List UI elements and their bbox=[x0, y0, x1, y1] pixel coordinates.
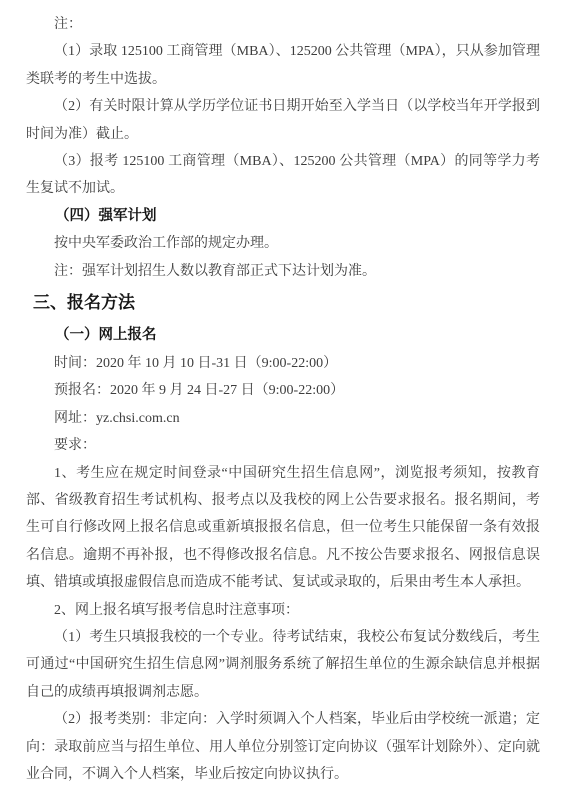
para-requirement-1: 1、考生应在规定时间登录“中国研究生招生信息网”，浏览报考须知，按教育部、省级教… bbox=[26, 460, 540, 597]
note-item-1: （1）录取 125100 工商管理（MBA）、125200 公共管理（MPA），… bbox=[26, 38, 540, 93]
para-attention-item-2: （2）报考类别：非定向：入学时须调入个人档案，毕业后由学校统一派遣；定向：录取前… bbox=[26, 706, 540, 788]
para-requirement-2: 2、网上报名填写报考信息时注意事项： bbox=[26, 597, 540, 624]
heading-qiangjun-plan: （四）强军计划 bbox=[26, 203, 540, 230]
para-requirements-label: 要求： bbox=[26, 432, 540, 459]
heading-online-registration: （一）网上报名 bbox=[26, 322, 540, 349]
para-attention-item-1: （1）考生只填报我校的一个专业。待考试结束，我校公布复试分数线后，考生可通过“中… bbox=[26, 624, 540, 706]
document-page: 注： （1）录取 125100 工商管理（MBA）、125200 公共管理（MP… bbox=[0, 0, 565, 788]
para-website: 网址：yz.chsi.com.cn bbox=[26, 405, 540, 432]
note-item-3: （3）报考 125100 工商管理（MBA）、125200 公共管理（MPA）的… bbox=[26, 148, 540, 203]
note-label: 注： bbox=[26, 11, 540, 38]
note-item-2: （2）有关时限计算从学历学位证书日期开始至入学当日（以学校当年开学报到时间为准）… bbox=[26, 93, 540, 148]
para-qiangjun-rule: 按中央军委政治工作部的规定办理。 bbox=[26, 230, 540, 257]
para-qiangjun-note: 注：强军计划招生人数以教育部正式下达计划为准。 bbox=[26, 258, 540, 285]
heading-registration-method: 三、报名方法 bbox=[26, 289, 540, 316]
para-registration-time: 时间：2020 年 10 月 10 日-31 日（9:00-22:00） bbox=[26, 350, 540, 377]
para-pre-registration-time: 预报名：2020 年 9 月 24 日-27 日（9:00-22:00） bbox=[26, 377, 540, 404]
